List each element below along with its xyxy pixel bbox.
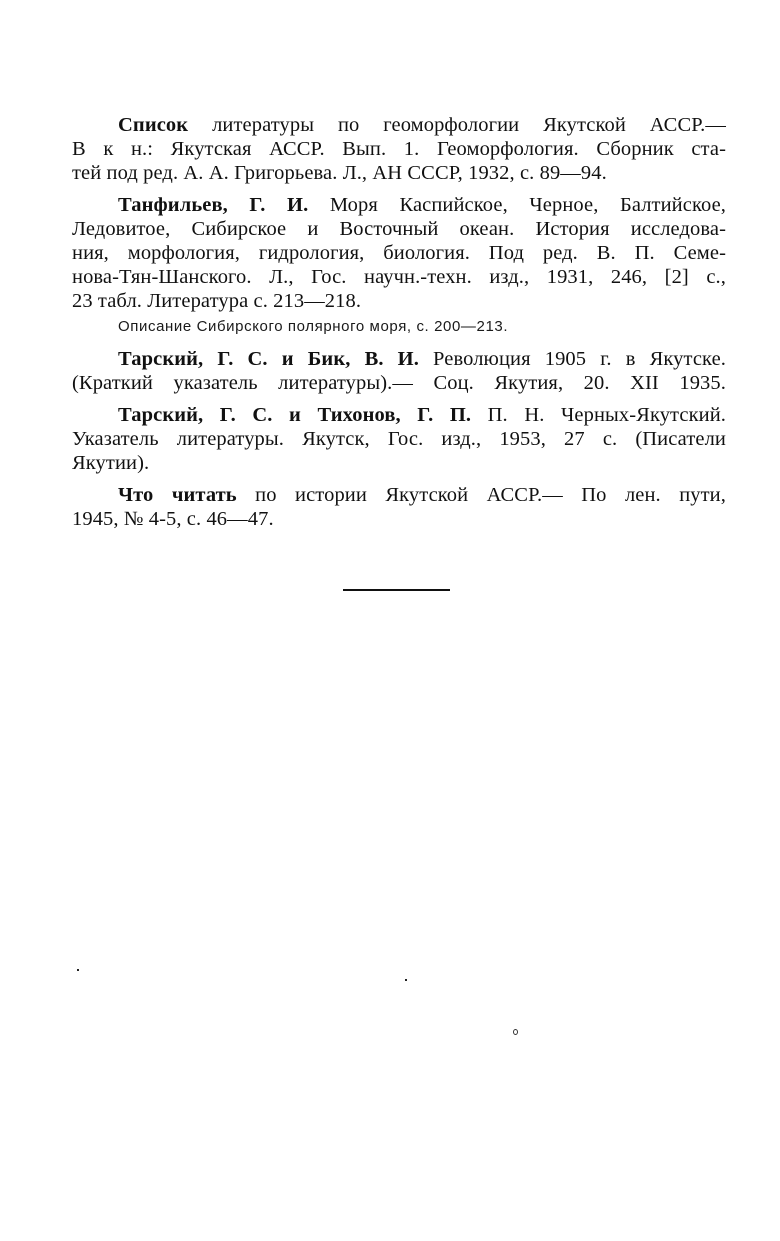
entry-annotation: Описание Сибирского полярного моря, с. 2… xyxy=(72,317,726,337)
entry-line: Тарский, Г. С. и Бик, В. И. Революция 19… xyxy=(72,347,726,371)
entry-line: Танфильев, Г. И. Моря Каспийское, Черное… xyxy=(72,193,726,217)
entry-line: (Краткий указатель литературы).— Соц. Як… xyxy=(72,371,726,395)
entry-line: нова-Тян-Шанского. Л., Гос. научн.-техн.… xyxy=(72,265,726,289)
entry-line: Список литературы по геоморфологии Якутс… xyxy=(72,113,726,137)
bibliography-entry: Тарский, Г. С. и Бик, В. И. Революция 19… xyxy=(72,347,726,395)
entry-line: 1945, № 4-5, с. 46—47. xyxy=(72,507,726,531)
scan-speck xyxy=(405,979,407,981)
scan-speck xyxy=(513,1029,518,1035)
bibliography-entry: Танфильев, Г. И. Моря Каспийское, Черное… xyxy=(72,193,726,337)
entry-author: Танфильев, Г. И. xyxy=(118,194,308,216)
entry-line: Ледовитое, Сибирское и Восточный океан. … xyxy=(72,217,726,241)
bibliography-entry: Что читать по истории Якутской АССР.— По… xyxy=(72,483,726,531)
entry-line: В к н.: Якутская АССР. Вып. 1. Геоморфол… xyxy=(72,137,726,161)
bibliography-entry: Список литературы по геоморфологии Якутс… xyxy=(72,113,726,185)
entry-line: 23 табл. Литература с. 213—218. xyxy=(72,289,726,313)
entry-author: Тарский, Г. С. и Бик, В. И. xyxy=(118,348,419,370)
section-end-divider xyxy=(343,589,450,591)
scan-speck xyxy=(77,969,79,971)
entry-line: тей под ред. А. А. Григорьева. Л., АН СС… xyxy=(72,161,726,185)
bibliography-page: Список литературы по геоморфологии Якутс… xyxy=(72,113,726,539)
entry-line: Тарский, Г. С. и Тихонов, Г. П. П. Н. Че… xyxy=(72,403,726,427)
entry-author: Тарский, Г. С. и Тихонов, Г. П. xyxy=(118,404,471,426)
bibliography-entry: Тарский, Г. С. и Тихонов, Г. П. П. Н. Че… xyxy=(72,403,726,475)
entry-author: Список xyxy=(118,114,188,136)
entry-line: Что читать по истории Якутской АССР.— По… xyxy=(72,483,726,507)
entry-line: Якутии). xyxy=(72,451,726,475)
entry-title: Что читать xyxy=(118,484,237,506)
entry-line: Указатель литературы. Якутск, Гос. изд.,… xyxy=(72,427,726,451)
entry-line: ния, морфология, гидрология, биология. П… xyxy=(72,241,726,265)
